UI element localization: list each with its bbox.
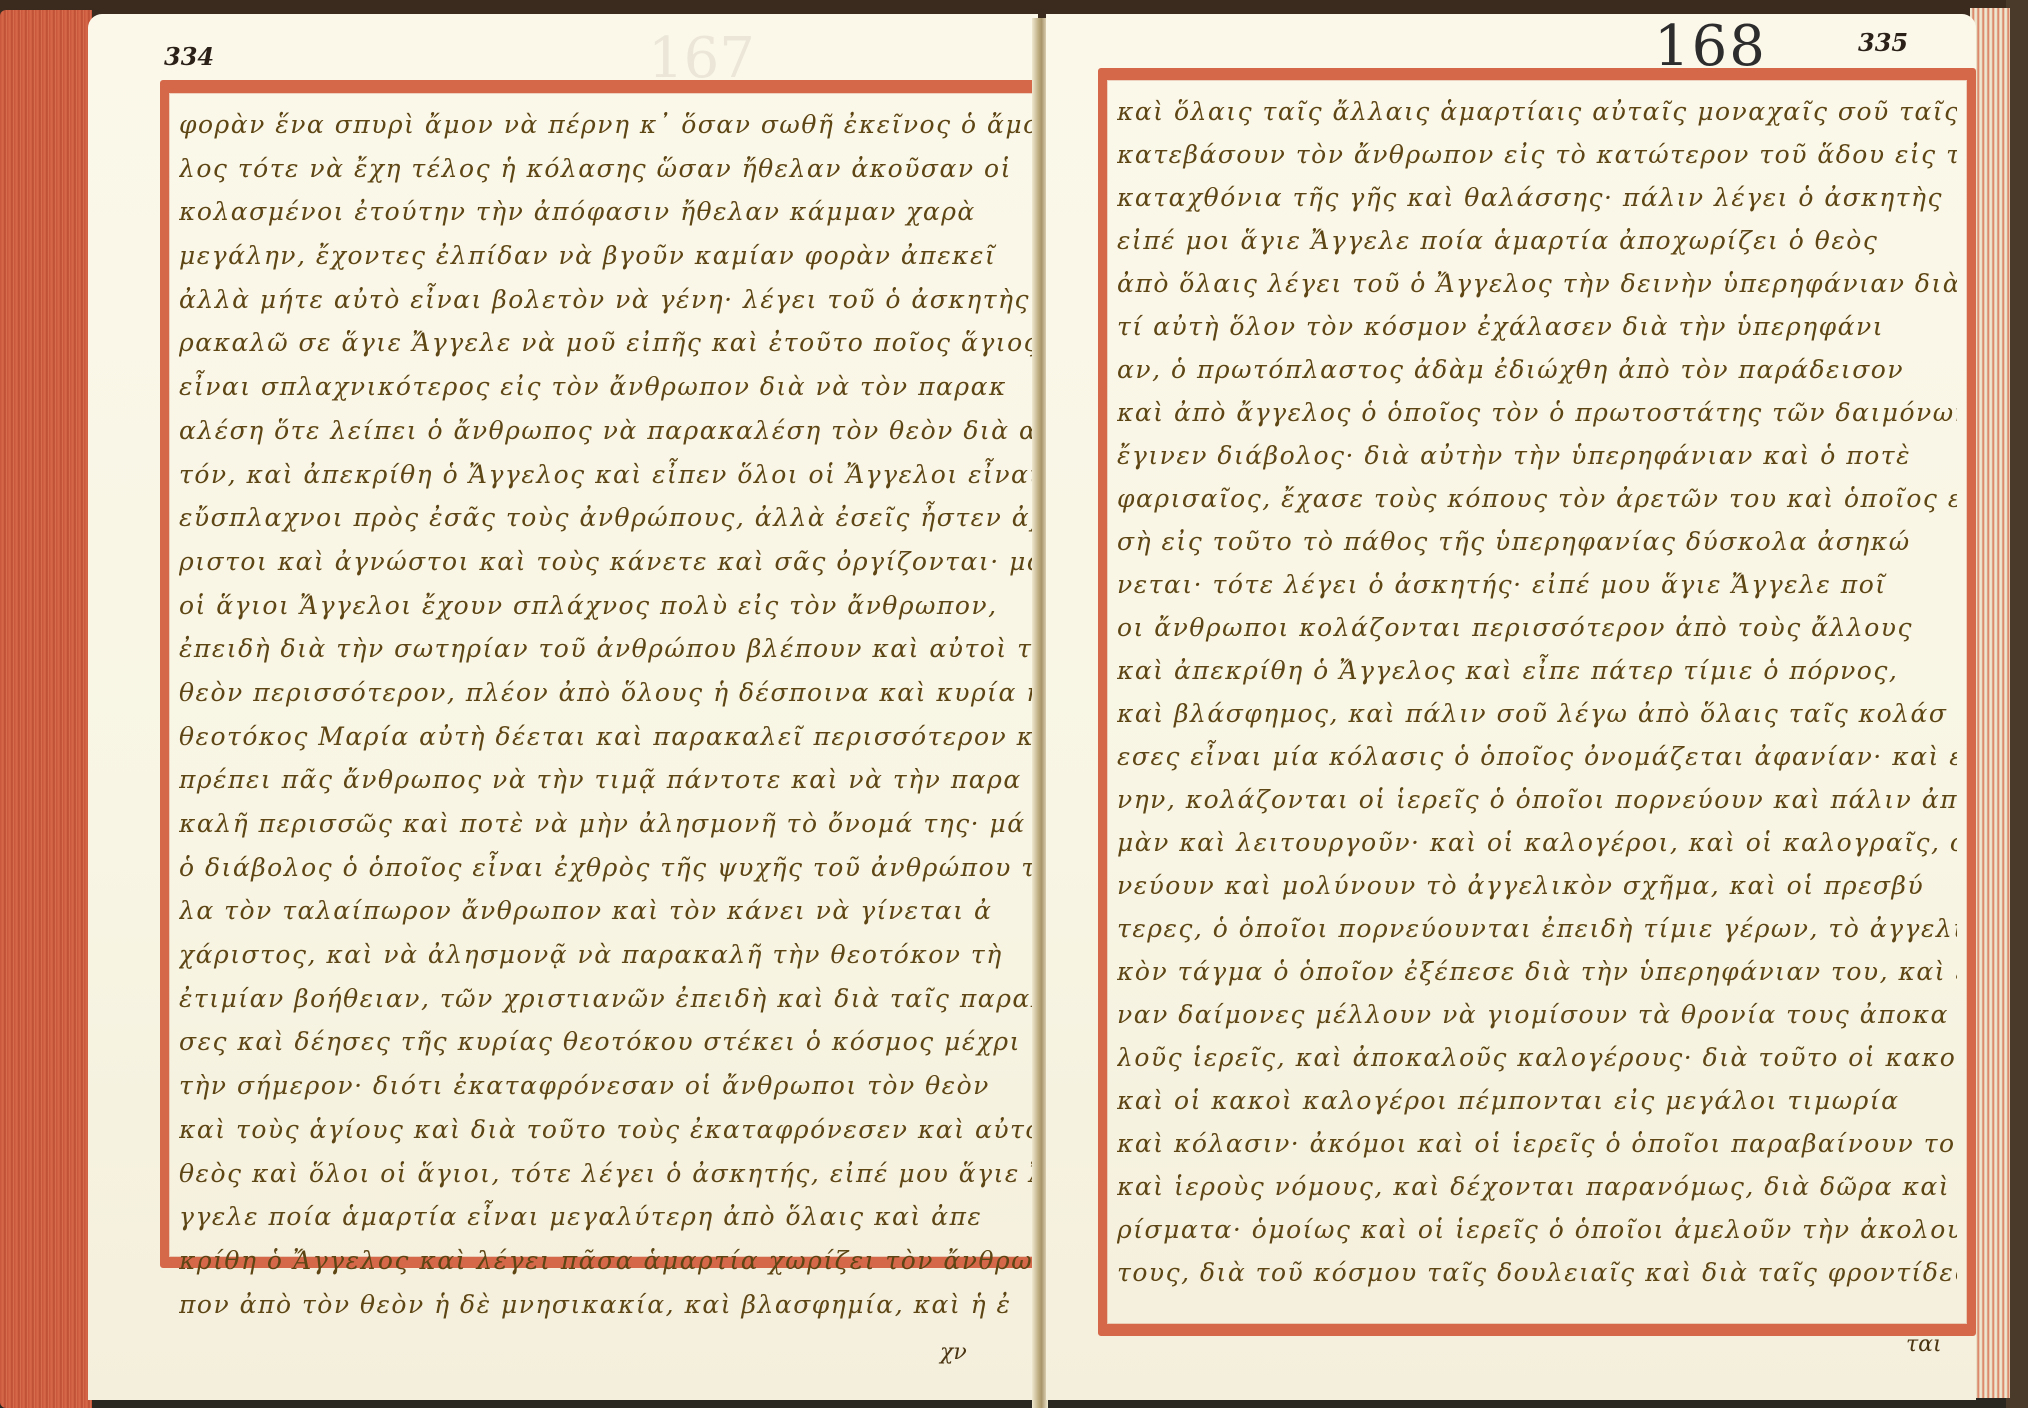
text-line: γγελε ποία ἁμαρτία εἶναι μεγαλύτερη ἀπὸ … bbox=[179, 1195, 1047, 1239]
text-line: τερες, ὁ ὁποῖοι πορνεύουνται ἐπειδὴ τίμι… bbox=[1117, 907, 1957, 950]
text-line: αλέση ὅτε λείπει ὁ ἄνθρωπος νὰ παρακαλέσ… bbox=[179, 409, 1047, 453]
text-line: τὴν σήμερον· διότι ἐκαταφρόνεσαν οἱ ἄνθρ… bbox=[179, 1064, 1047, 1108]
left-page-edges bbox=[0, 10, 92, 1408]
text-line: εὔσπλαχνοι πρὸς ἐσᾶς τοὺς ἀνθρώπους, ἀλλ… bbox=[179, 496, 1047, 540]
text-line: λος τότε νὰ ἔχη τέλος ἡ κόλασης ὥσαν ἤθε… bbox=[179, 147, 1047, 191]
page-number: 334 bbox=[164, 42, 214, 71]
text-line: καὶ κόλασιν· ἀκόμοι καὶ οἱ ἱερεῖς ὁ ὁποῖ… bbox=[1117, 1122, 1957, 1165]
text-line: εἶναι σπλαχνικότερος εἰς τὸν ἄνθρωπον δι… bbox=[179, 365, 1047, 409]
text-line: μεγάλην, ἔχοντες ἐλπίδαν νὰ βγοῦν καμίαν… bbox=[179, 234, 1047, 278]
text-line: νην, κολάζονται οἱ ἱερεῖς ὁ ὁποῖοι πορνε… bbox=[1117, 778, 1957, 821]
text-line: καὶ ὅλαις ταῖς ἄλλαις ἁμαρτίαις αὐταῖς μ… bbox=[1117, 90, 1957, 133]
text-line: οἱ ἅγιοι Ἄγγελοι ἔχουν σπλάχνος πολὺ εἰς… bbox=[179, 584, 1047, 628]
ruled-frame: φορὰν ἕνα σπυρὶ ἄμον νὰ πέρνη κ᾽ ὅσαν σω… bbox=[160, 80, 1066, 1268]
text-line: ναν δαίμονες μέλλουν νὰ γιομίσουν τὰ θρο… bbox=[1117, 993, 1957, 1036]
text-line: σες καὶ δέησες τῆς κυρίας θεοτόκου στέκε… bbox=[179, 1020, 1047, 1064]
text-line: ἀπὸ ὅλαις λέγει τοῦ ὁ Ἄγγελος τὴν δεινὴν… bbox=[1117, 262, 1957, 305]
right-page-edges bbox=[1970, 8, 2010, 1398]
text-line: ριστοι καὶ ἀγνώστοι καὶ τοὺς κάνετε καὶ … bbox=[179, 540, 1047, 584]
text-line: καὶ ἀπεκρίθη ὁ Ἄγγελος καὶ εἶπε πάτερ τί… bbox=[1117, 649, 1957, 692]
text-line: καταχθόνια τῆς γῆς καὶ θαλάσσης· πάλιν λ… bbox=[1117, 176, 1957, 219]
text-line: σὴ εἰς τοῦτο τὸ πάθος τῆς ὑπερηφανίας δύ… bbox=[1117, 520, 1957, 563]
right-page: 168 335 καὶ ὅλαις ταῖς ἄλλαις ἁμαρτίαις … bbox=[1046, 14, 1976, 1400]
text-line: θεὸν περισσότερον, πλέον ἀπὸ ὅλους ἡ δέσ… bbox=[179, 671, 1047, 715]
text-line: τους, διὰ τοῦ κόσμου ταῖς δουλειαῖς καὶ … bbox=[1117, 1251, 1957, 1294]
text-line: μὰν καὶ λειτουργοῦν· καὶ οἱ καλογέροι, κ… bbox=[1117, 821, 1957, 864]
page-number: 335 bbox=[1858, 28, 1908, 57]
text-line: ἔγινεν διάβολος· διὰ αὐτὴν τὴν ὑπερηφάνι… bbox=[1117, 434, 1957, 477]
text-block: φορὰν ἕνα σπυρὶ ἄμον νὰ πέρνη κ᾽ ὅσαν σω… bbox=[179, 103, 1047, 1326]
text-line: τόν, καὶ ἀπεκρίθη ὁ Ἄγγελος καὶ εἶπεν ὅλ… bbox=[179, 453, 1047, 497]
text-line: νεύουν καὶ μολύνουν τὸ ἀγγελικὸν σχῆμα, … bbox=[1117, 864, 1957, 907]
text-line: καλῆ περισσῶς καὶ ποτὲ νὰ μὴν ἀλησμονῆ τ… bbox=[179, 802, 1047, 846]
text-line: χάριστος, καὶ νὰ ἀλησμονᾷ νὰ παρακαλῆ τὴ… bbox=[179, 933, 1047, 977]
text-line: φαρισαῖος, ἔχασε τοὺς κόπους τὸν ἀρετῶν … bbox=[1117, 477, 1957, 520]
text-line: πον ἀπὸ τὸν θεὸν ἡ δὲ μνησικακία, καὶ βλ… bbox=[179, 1283, 1047, 1327]
text-line: κατεβάσουν τὸν ἄνθρωπον εἰς τὸ κατώτερον… bbox=[1117, 133, 1957, 176]
open-book: 167 334 φορὰν ἕνα σπυρὶ ἄμον νὰ πέρνη κ᾽… bbox=[0, 0, 2028, 1408]
text-line: ρακαλῶ σε ἅγιε Ἄγγελε νὰ μοῦ εἰπῆς καὶ ἐ… bbox=[179, 321, 1047, 365]
text-line: καὶ οἱ κακοὶ καλογέροι πέμπονται εἰς μεγ… bbox=[1117, 1079, 1957, 1122]
text-line: ἐτιμίαν βοήθειαν, τῶν χριστιανῶν ἐπειδὴ … bbox=[179, 977, 1047, 1021]
text-line: θεοτόκος Μαρία αὐτὴ δέεται καὶ παρακαλεῖ… bbox=[179, 715, 1047, 759]
text-line: αν, ὁ πρωτόπλαστος ἀδὰμ ἐδιώχθη ἀπὸ τὸν … bbox=[1117, 348, 1957, 391]
text-line: ἐπειδὴ διὰ τὴν σωτηρίαν τοῦ ἀνθρώπου βλέ… bbox=[179, 627, 1047, 671]
catchword: ται bbox=[1906, 1332, 1942, 1357]
text-block: καὶ ὅλαις ταῖς ἄλλαις ἁμαρτίαις αὐταῖς μ… bbox=[1117, 90, 1957, 1294]
text-line: κὸν τάγμα ὁ ὁποῖον ἐξέπεσε διὰ τὴν ὑπερη… bbox=[1117, 950, 1957, 993]
text-line: πρέπει πᾶς ἄνθρωπος νὰ τὴν τιμᾷ πάντοτε … bbox=[179, 758, 1047, 802]
text-line: οι ἄνθρωποι κολάζονται περισσότερον ἀπὸ … bbox=[1117, 606, 1957, 649]
text-line: κρίθη ὁ Ἄγγελος καὶ λέγει πᾶσα ἁμαρτία χ… bbox=[179, 1239, 1047, 1283]
text-line: θεὸς καὶ ὅλοι οἱ ἅγιοι, τότε λέγει ὁ ἀσκ… bbox=[179, 1152, 1047, 1196]
catchword: χν bbox=[940, 1340, 967, 1365]
text-line: φορὰν ἕνα σπυρὶ ἄμον νὰ πέρνη κ᾽ ὅσαν σω… bbox=[179, 103, 1047, 147]
ruled-frame: καὶ ὅλαις ταῖς ἄλλαις ἁμαρτίαις αὐταῖς μ… bbox=[1098, 68, 1976, 1336]
text-line: καὶ ἱεροὺς νόμους, καὶ δέχονται παρανόμω… bbox=[1117, 1165, 1957, 1208]
text-line: νεται· τότε λέγει ὁ ἀσκητής· εἰπέ μου ἅγ… bbox=[1117, 563, 1957, 606]
text-line: εσες εἶναι μία κόλασις ὁ ὁποῖος ὀνομάζετ… bbox=[1117, 735, 1957, 778]
text-line: λοῦς ἱερεῖς, καὶ ἀποκαλοῦς καλογέρους· δ… bbox=[1117, 1036, 1957, 1079]
text-line: ἀλλὰ μήτε αὐτὸ εἶναι βολετὸν νὰ γένη· λέ… bbox=[179, 278, 1047, 322]
text-line: καὶ βλάσφημος, καὶ πάλιν σοῦ λέγω ἀπὸ ὅλ… bbox=[1117, 692, 1957, 735]
text-line: κολασμένοι ἐτούτην τὴν ἀπόφασιν ἤθελαν κ… bbox=[179, 190, 1047, 234]
text-line: εἰπέ μοι ἅγιε Ἄγγελε ποία ἁμαρτία ἀποχωρ… bbox=[1117, 219, 1957, 262]
text-line: ὁ διάβολος ὁ ὁποῖος εἶναι ἐχθρὸς τῆς ψυχ… bbox=[179, 846, 1047, 890]
text-line: ρίσματα· ὁμοίως καὶ οἱ ἱερεῖς ὁ ὁποῖοι ἀ… bbox=[1117, 1208, 1957, 1251]
text-line: τί αὐτὴ ὅλον τὸν κόσμον ἐχάλασεν διὰ τὴν… bbox=[1117, 305, 1957, 348]
text-line: καὶ ἀπὸ ἄγγελος ὁ ὁποῖος τὸν ὁ πρωτοστάτ… bbox=[1117, 391, 1957, 434]
left-page: 167 334 φορὰν ἕνα σπυρὶ ἄμον νὰ πέρνη κ᾽… bbox=[88, 14, 1038, 1400]
text-line: λα τὸν ταλαίπωρον ἄνθρωπον καὶ τὸν κάνει… bbox=[179, 889, 1047, 933]
text-line: καὶ τοὺς ἁγίους καὶ διὰ τοῦτο τοὺς ἐκατα… bbox=[179, 1108, 1047, 1152]
